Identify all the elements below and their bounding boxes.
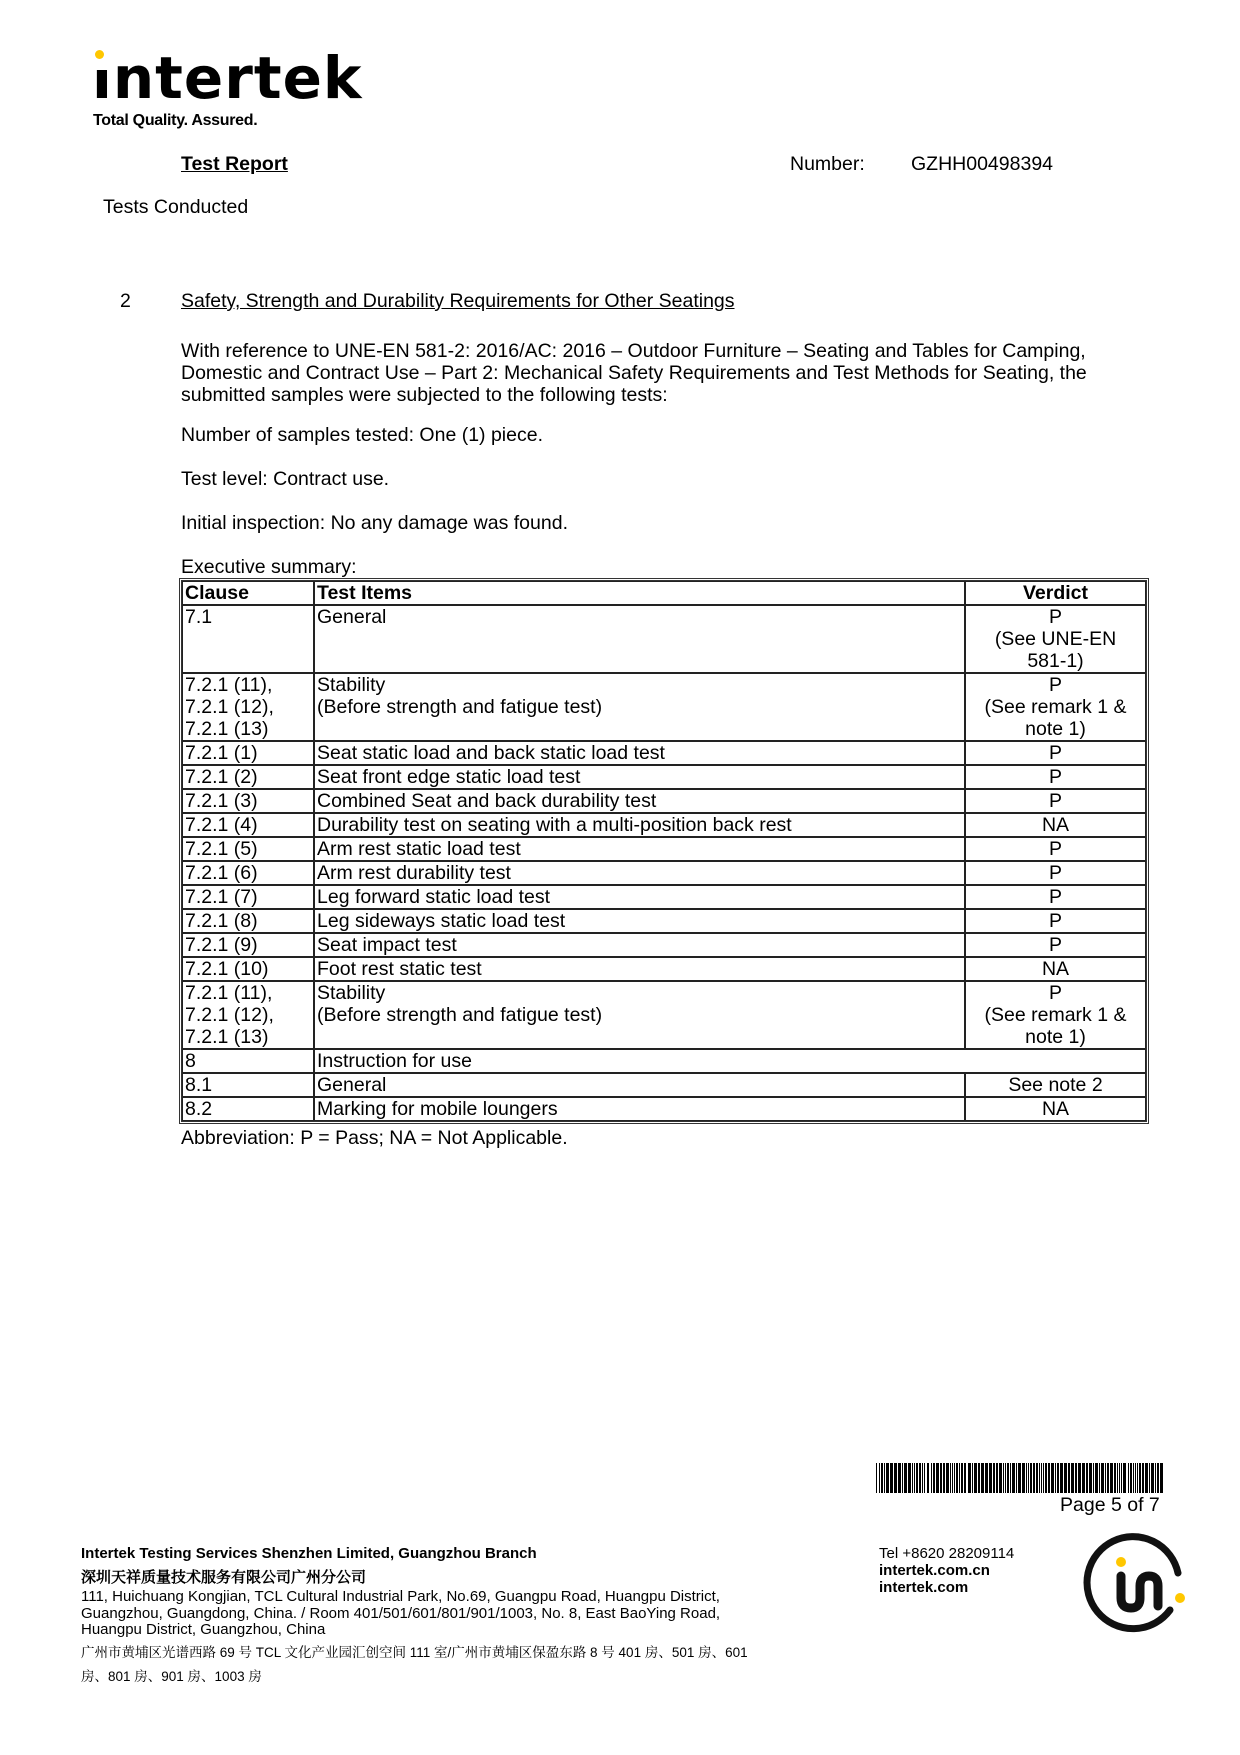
cell-verdict-line: (See remark 1 & xyxy=(968,1004,1143,1026)
cell-item-line: (Before strength and fatigue test) xyxy=(317,1004,962,1026)
cell-verdict: P(See UNE-EN581-1) xyxy=(965,605,1146,673)
cell-verdict: NA xyxy=(965,1097,1146,1121)
cell-item: Leg forward static load test xyxy=(314,885,965,909)
table-row: 7.2.1 (3)Combined Seat and back durabili… xyxy=(182,789,1146,813)
cell-verdict: P xyxy=(965,765,1146,789)
cell-clause-line: 7.2.1 (12), xyxy=(185,696,311,718)
page-section-heading: Tests Conducted xyxy=(103,196,248,218)
cell-item-line: Arm rest static load test xyxy=(317,838,962,860)
cell-verdict: NA xyxy=(965,957,1146,981)
table-row: 7.2.1 (9)Seat impact testP xyxy=(182,933,1146,957)
cell-item-line: (Before strength and fatigue test) xyxy=(317,696,962,718)
cell-verdict: P(See remark 1 &note 1) xyxy=(965,981,1146,1049)
cell-clause-line: 7.2.1 (7) xyxy=(185,886,311,908)
header-test-items: Test Items xyxy=(314,581,965,605)
samples-tested: Number of samples tested: One (1) piece. xyxy=(181,424,543,446)
table-row: 8.1GeneralSee note 2 xyxy=(182,1073,1146,1097)
cell-clause-line: 7.1 xyxy=(185,606,311,628)
cell-item: Leg sideways static load test xyxy=(314,909,965,933)
table-row: 7.2.1 (11),7.2.1 (12),7.2.1 (13)Stabilit… xyxy=(182,673,1146,741)
cell-verdict-line: 581-1) xyxy=(968,650,1143,672)
cell-clause-line: 7.2.1 (5) xyxy=(185,838,311,860)
cell-item-line: Leg sideways static load test xyxy=(317,910,962,932)
cell-item: Instruction for use xyxy=(314,1049,1146,1073)
cell-verdict-line: NA xyxy=(968,814,1143,836)
cell-clause-line: 7.2.1 (4) xyxy=(185,814,311,836)
table-row: 7.2.1 (11),7.2.1 (12),7.2.1 (13)Stabilit… xyxy=(182,981,1146,1049)
section-number: 2 xyxy=(120,290,131,312)
table-row: 7.2.1 (8)Leg sideways static load testP xyxy=(182,909,1146,933)
cell-clause: 7.2.1 (9) xyxy=(182,933,314,957)
cell-clause-line: 8.1 xyxy=(185,1074,311,1096)
table-row: 8.2Marking for mobile loungersNA xyxy=(182,1097,1146,1121)
footer-company-name: Intertek Testing Services Shenzhen Limit… xyxy=(81,1545,537,1562)
cell-verdict-line: note 1) xyxy=(968,1026,1143,1048)
table-row: 7.1GeneralP(See UNE-EN581-1) xyxy=(182,605,1146,673)
executive-summary-label: Executive summary: xyxy=(181,556,357,578)
cell-item: General xyxy=(314,1073,965,1097)
cell-item: Stability(Before strength and fatigue te… xyxy=(314,673,965,741)
initial-inspection: Initial inspection: No any damage was fo… xyxy=(181,512,568,534)
logo-accent-dot xyxy=(95,50,104,59)
table-row: 7.2.1 (5)Arm rest static load testP xyxy=(182,837,1146,861)
cell-verdict: P xyxy=(965,885,1146,909)
cell-verdict: P xyxy=(965,909,1146,933)
cell-item: Stability(Before strength and fatigue te… xyxy=(314,981,965,1049)
cell-verdict: P xyxy=(965,861,1146,885)
report-number-label: Number: xyxy=(790,153,865,175)
cell-clause-line: 7.2.1 (6) xyxy=(185,862,311,884)
section-title: Safety, Strength and Durability Requirem… xyxy=(181,290,735,312)
cell-clause: 7.2.1 (10) xyxy=(182,957,314,981)
cell-clause: 7.2.1 (3) xyxy=(182,789,314,813)
cell-verdict-line: note 1) xyxy=(968,718,1143,740)
logo-wordmark: intertek xyxy=(92,48,362,108)
cell-item-line: Durability test on seating with a multi-… xyxy=(317,814,962,836)
cell-verdict: P xyxy=(965,933,1146,957)
abbreviation-note: Abbreviation: P = Pass; NA = Not Applica… xyxy=(181,1127,568,1149)
cell-verdict-line: P xyxy=(968,766,1143,788)
cell-verdict-line: NA xyxy=(968,958,1143,980)
cell-verdict-line: (See remark 1 & xyxy=(968,696,1143,718)
cell-clause-line: 7.2.1 (12), xyxy=(185,1004,311,1026)
intertek-logo: intertek Total Quality. Assured. xyxy=(92,48,332,138)
cell-verdict: P xyxy=(965,741,1146,765)
cell-clause: 7.1 xyxy=(182,605,314,673)
footer-address-cn: 广州市黄埔区光谱西路 69 号 TCL 文化产业园汇创空间 111 室/广州市黄… xyxy=(81,1641,761,1689)
footer-address: 111, Huichuang Kongjian, TCL Cultural In… xyxy=(81,1589,761,1639)
cell-clause-line: 8.2 xyxy=(185,1098,311,1120)
cell-clause-line: 7.2.1 (8) xyxy=(185,910,311,932)
cell-clause-line: 7.2.1 (3) xyxy=(185,790,311,812)
cell-clause: 7.2.1 (7) xyxy=(182,885,314,909)
cell-verdict-line: (See UNE-EN xyxy=(968,628,1143,650)
table-body: 7.1GeneralP(See UNE-EN581-1)7.2.1 (11),7… xyxy=(182,605,1146,1121)
cell-clause-line: 7.2.1 (10) xyxy=(185,958,311,980)
cell-verdict-line: P xyxy=(968,674,1143,696)
intertek-badge-icon xyxy=(1080,1528,1190,1638)
cell-item-line: Seat static load and back static load te… xyxy=(317,742,962,764)
cell-item: Seat static load and back static load te… xyxy=(314,741,965,765)
cell-item: Durability test on seating with a multi-… xyxy=(314,813,965,837)
cell-clause: 7.2.1 (11),7.2.1 (12),7.2.1 (13) xyxy=(182,981,314,1049)
cell-item: General xyxy=(314,605,965,673)
cell-clause-line: 7.2.1 (11), xyxy=(185,982,311,1004)
cell-item-line: General xyxy=(317,1074,962,1096)
header-clause: Clause xyxy=(182,581,314,605)
cell-clause-line: 7.2.1 (9) xyxy=(185,934,311,956)
cell-verdict: P(See remark 1 &note 1) xyxy=(965,673,1146,741)
barcode xyxy=(876,1463,1166,1493)
cell-verdict-line: P xyxy=(968,790,1143,812)
cell-item-line: Stability xyxy=(317,674,962,696)
cell-item: Seat front edge static load test xyxy=(314,765,965,789)
cell-clause-line: 7.2.1 (1) xyxy=(185,742,311,764)
cell-clause: 7.2.1 (5) xyxy=(182,837,314,861)
cell-clause-line: 7.2.1 (13) xyxy=(185,1026,311,1048)
cell-clause-line: 7.2.1 (11), xyxy=(185,674,311,696)
page-number: Page 5 of 7 xyxy=(1060,1494,1160,1517)
footer-website-cn[interactable]: intertek.com.cn xyxy=(879,1562,990,1579)
report-number-value: GZHH00498394 xyxy=(911,153,1053,175)
cell-item-line: Marking for mobile loungers xyxy=(317,1098,962,1120)
cell-item-line: General xyxy=(317,606,962,628)
table-header-row: Clause Test Items Verdict xyxy=(182,581,1146,605)
cell-item: Seat impact test xyxy=(314,933,965,957)
cell-verdict-line: P xyxy=(968,886,1143,908)
cell-item-line: Leg forward static load test xyxy=(317,886,962,908)
cell-clause: 8.2 xyxy=(182,1097,314,1121)
table-row: 8Instruction for use xyxy=(182,1049,1146,1073)
cell-verdict: See note 2 xyxy=(965,1073,1146,1097)
cell-item-line: Arm rest durability test xyxy=(317,862,962,884)
cell-item-line: Seat impact test xyxy=(317,934,962,956)
cell-verdict-line: P xyxy=(968,910,1143,932)
cell-verdict-line: See note 2 xyxy=(968,1074,1143,1096)
cell-verdict-line: P xyxy=(968,606,1143,628)
report-title: Test Report xyxy=(181,153,288,175)
cell-verdict-line: P xyxy=(968,934,1143,956)
table-row: 7.2.1 (10)Foot rest static testNA xyxy=(182,957,1146,981)
cell-clause: 7.2.1 (8) xyxy=(182,909,314,933)
footer-telephone: Tel +8620 28209114 xyxy=(879,1545,1014,1562)
table-row: 7.2.1 (7)Leg forward static load testP xyxy=(182,885,1146,909)
cell-verdict: P xyxy=(965,837,1146,861)
cell-item: Marking for mobile loungers xyxy=(314,1097,965,1121)
footer-company-name-cn: 深圳天祥质量技术服务有限公司广州分公司 xyxy=(81,1566,366,1587)
cell-clause: 7.2.1 (1) xyxy=(182,741,314,765)
cell-verdict: NA xyxy=(965,813,1146,837)
cell-verdict-line: P xyxy=(968,982,1143,1004)
cell-verdict-line: P xyxy=(968,742,1143,764)
cell-clause: 7.2.1 (11),7.2.1 (12),7.2.1 (13) xyxy=(182,673,314,741)
cell-clause: 7.2.1 (4) xyxy=(182,813,314,837)
cell-item: Arm rest durability test xyxy=(314,861,965,885)
header-verdict: Verdict xyxy=(965,581,1146,605)
executive-summary-table: Clause Test Items Verdict 7.1GeneralP(Se… xyxy=(179,578,1149,1124)
footer-website[interactable]: intertek.com xyxy=(879,1579,968,1596)
cell-item-line: Combined Seat and back durability test xyxy=(317,790,962,812)
table-row: 7.2.1 (4)Durability test on seating with… xyxy=(182,813,1146,837)
cell-item: Combined Seat and back durability test xyxy=(314,789,965,813)
cell-clause: 8.1 xyxy=(182,1073,314,1097)
logo-tagline: Total Quality. Assured. xyxy=(93,112,257,130)
cell-clause-line: 8 xyxy=(185,1050,311,1072)
cell-clause-line: 7.2.1 (2) xyxy=(185,766,311,788)
cell-clause: 7.2.1 (2) xyxy=(182,765,314,789)
cell-verdict-line: NA xyxy=(968,1098,1143,1120)
cell-clause-line: 7.2.1 (13) xyxy=(185,718,311,740)
cell-clause: 7.2.1 (6) xyxy=(182,861,314,885)
cell-item-line: Foot rest static test xyxy=(317,958,962,980)
table-row: 7.2.1 (6)Arm rest durability testP xyxy=(182,861,1146,885)
cell-clause: 8 xyxy=(182,1049,314,1073)
cell-item-line: Stability xyxy=(317,982,962,1004)
table-row: 7.2.1 (1)Seat static load and back stati… xyxy=(182,741,1146,765)
cell-verdict: P xyxy=(965,789,1146,813)
test-level: Test level: Contract use. xyxy=(181,468,389,490)
section-intro: With reference to UNE-EN 581-2: 2016/AC:… xyxy=(181,340,1151,406)
cell-item-line: Instruction for use xyxy=(317,1050,1143,1072)
cell-verdict-line: P xyxy=(968,838,1143,860)
cell-item: Arm rest static load test xyxy=(314,837,965,861)
cell-item-line: Seat front edge static load test xyxy=(317,766,962,788)
table-row: 7.2.1 (2)Seat front edge static load tes… xyxy=(182,765,1146,789)
cell-item: Foot rest static test xyxy=(314,957,965,981)
cell-verdict-line: P xyxy=(968,862,1143,884)
